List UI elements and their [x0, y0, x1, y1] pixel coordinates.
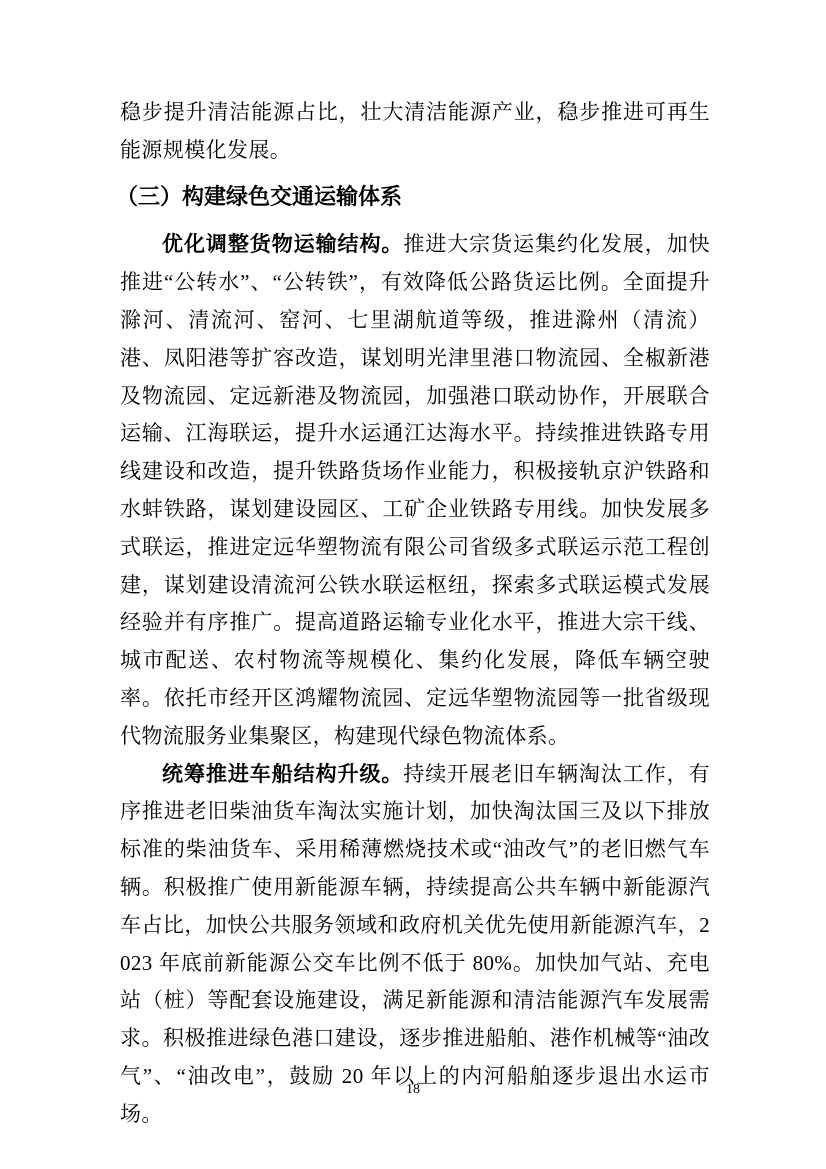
paragraph-body-vehicle: 持续开展老旧车辆淘汰工作，有序推进老旧柴油货车淘汰实施计划，加快淘汰国三及以下排…: [120, 762, 710, 1126]
section-heading: （三）构建绿色交通运输体系: [120, 178, 710, 216]
paragraph-vehicle-upgrade: 统筹推进车船结构升级。持续开展老旧车辆淘汰工作，有序推进老旧柴油货车淘汰实施计划…: [120, 756, 710, 1134]
paragraph-lead-vehicle: 统筹推进车船结构升级。: [162, 763, 403, 786]
page-number: 18: [0, 1081, 826, 1099]
paragraph-lead-freight: 优化调整货物运输结构。: [162, 233, 403, 256]
paragraph-body-freight: 推进大宗货运集约化发展，加快推进“公转水”、“公转铁”，有效降低公路货运比例。全…: [120, 232, 710, 747]
paragraph-freight-structure: 优化调整货物运输结构。推进大宗货运集约化发展，加快推进“公转水”、“公转铁”，有…: [120, 226, 710, 755]
document-body: 稳步提升清洁能源占比，壮大清洁能源产业，稳步推进可再生能源规模化发展。 （三）构…: [120, 94, 710, 1134]
document-page: 稳步提升清洁能源占比，壮大清洁能源产业，稳步推进可再生能源规模化发展。 （三）构…: [0, 0, 826, 1169]
paragraph-intro-continuation: 稳步提升清洁能源占比，壮大清洁能源产业，稳步推进可再生能源规模化发展。: [120, 94, 710, 170]
